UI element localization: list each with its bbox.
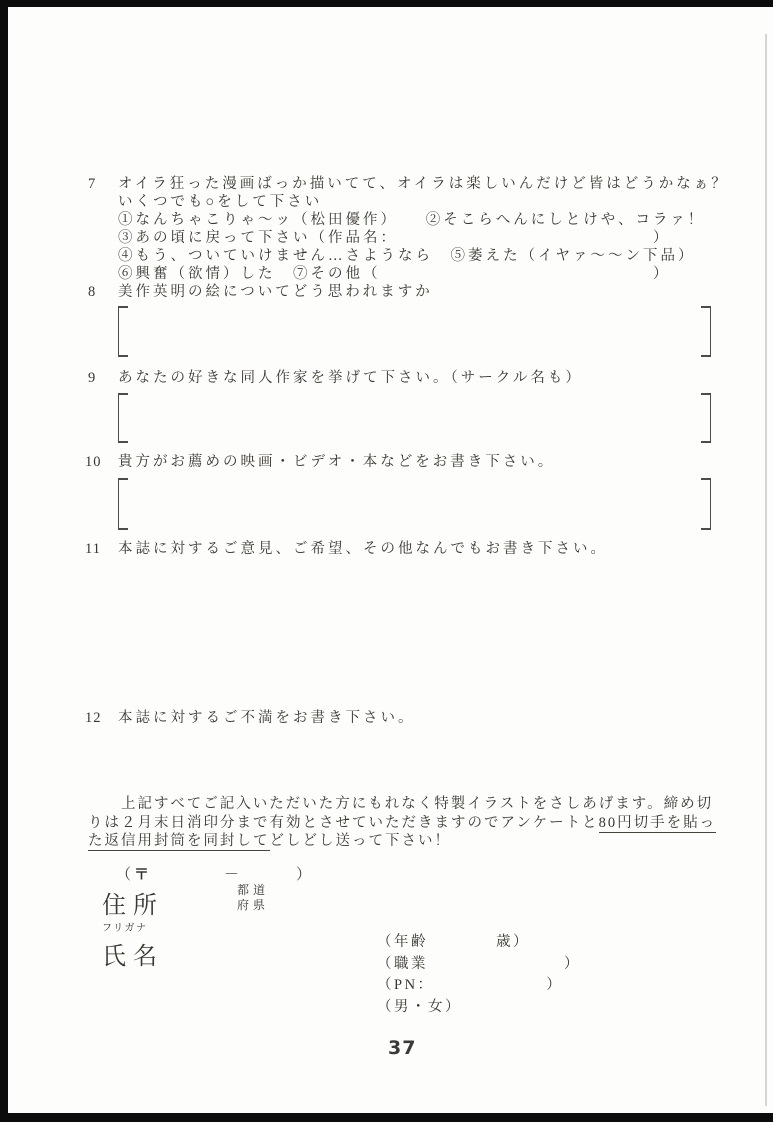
question-7-option-3: ③あの頃に戻って下さい（作品名： ） [118,229,728,247]
address-label: 住所 [102,885,164,920]
page-number: 37 [388,1037,416,1059]
footer-note: 上記すべてご記入いただいた方にもれなく特製イラストをさしあげます。締め切 りは２… [88,795,716,851]
question-8-number: 8 [88,283,96,301]
question-10-text: 貴方がお薦めの映画・ビデオ・本などをお書き下さい。 [118,453,728,471]
postal-open-paren: （ [116,867,134,883]
scan-border-top [0,0,773,7]
answer-box-q8 [118,306,711,357]
question-11-text: 本誌に対するご意見、ご希望、その他なんでもお書き下さい。 [118,540,728,558]
answer-bracket-right [701,306,711,357]
footer-note-line-2-text: りは２月末日消印分まで有効とさせていただきますのでアンケートと [88,815,599,831]
question-7-text: オイラ狂った漫画ばっか描いてて、オイラは楽しいんだけど皆はどうかなぁ？ いくつで… [118,175,728,283]
postal-mark-icon: 〒 [134,867,152,883]
question-8-text: 美作英明の絵についてどう思われますか [118,283,728,301]
question-7-option-3-text: ③あの頃に戻って下さい（作品名： [118,230,398,246]
question-7-number: 7 [88,175,96,193]
prefecture-label-line-1: 都道 [237,883,269,898]
question-7-option-4-5: ④もう、ついていけません…さようなら ⑤萎えた（イヤァ～～ン下品） [118,247,728,265]
answer-bracket-right [701,478,711,530]
answer-bracket-left [118,478,128,530]
personal-info-fields: （年齢 歳） （職業 ） （PN： ） （男・女） [377,932,581,1018]
question-7-line-1: オイラ狂った漫画ばっか描いてて、オイラは楽しいんだけど皆はどうかなぁ？ [118,175,728,193]
answer-box-q10 [118,478,711,530]
footer-note-underlined-stamp: 80円切手を貼っ [599,815,717,833]
job-field: （職業 ） [377,954,581,976]
answer-bracket-left [118,393,128,443]
prefecture-label: 都道 府県 [237,883,269,913]
furigana-label: フリガナ [102,919,148,934]
gender-field: （男・女） [377,997,581,1019]
question-7-option-1-2: ①なんちゃこりゃ～ッ（松田優作） ②そこらへんにしとけや、コラァ！ [118,211,728,229]
postal-code-line: （〒 － ） [116,863,314,884]
question-10-number: 10 [85,453,102,471]
postal-dash-close: － ） [152,867,314,883]
footer-note-line-2: りは２月末日消印分まで有効とさせていただきますのでアンケートと80円切手を貼っ [88,814,716,833]
question-11-number: 11 [85,540,101,558]
question-7-option-7-close-paren: ） [653,265,671,283]
question-9-text: あなたの好きな同人作家を挙げて下さい。（サークル名も） [118,369,728,387]
answer-box-q9 [118,393,711,443]
footer-note-line-3: た返信用封筒を同封してどしどし送って下さい！ [88,832,716,851]
footer-note-underlined-envelope: た返信用封筒を同封して [88,833,270,851]
prefecture-label-line-2: 府県 [237,898,269,913]
scanned-questionnaire-page: 7 オイラ狂った漫画ばっか描いてて、オイラは楽しいんだけど皆はどうかなぁ？ いく… [0,0,773,1122]
question-7-option-3-close-paren: ） [653,229,671,247]
scan-border-bottom [0,1113,773,1122]
age-field: （年齢 歳） [377,932,581,954]
question-12-number: 12 [85,709,102,727]
pen-name-field: （PN： ） [377,975,581,997]
scan-page-edge-shadow [765,34,767,1106]
question-7-line-2: いくつでも○をして下さい [118,193,728,211]
question-7-option-6-7-text: ⑥興奮（欲情）した ⑦その他（ [118,266,381,282]
scan-border-left [0,0,8,1122]
question-7-option-6-7: ⑥興奮（欲情）した ⑦その他（ ） [118,265,728,283]
footer-note-line-1: 上記すべてご記入いただいた方にもれなく特製イラストをさしあげます。締め切 [88,795,716,814]
answer-bracket-right [701,393,711,443]
question-12-text: 本誌に対するご不満をお書き下さい。 [118,709,728,727]
footer-note-line-3-text: どしどし送って下さい！ [270,833,452,849]
name-label: 氏名 [102,936,164,971]
question-9-number: 9 [88,369,96,387]
answer-bracket-left [118,306,128,357]
